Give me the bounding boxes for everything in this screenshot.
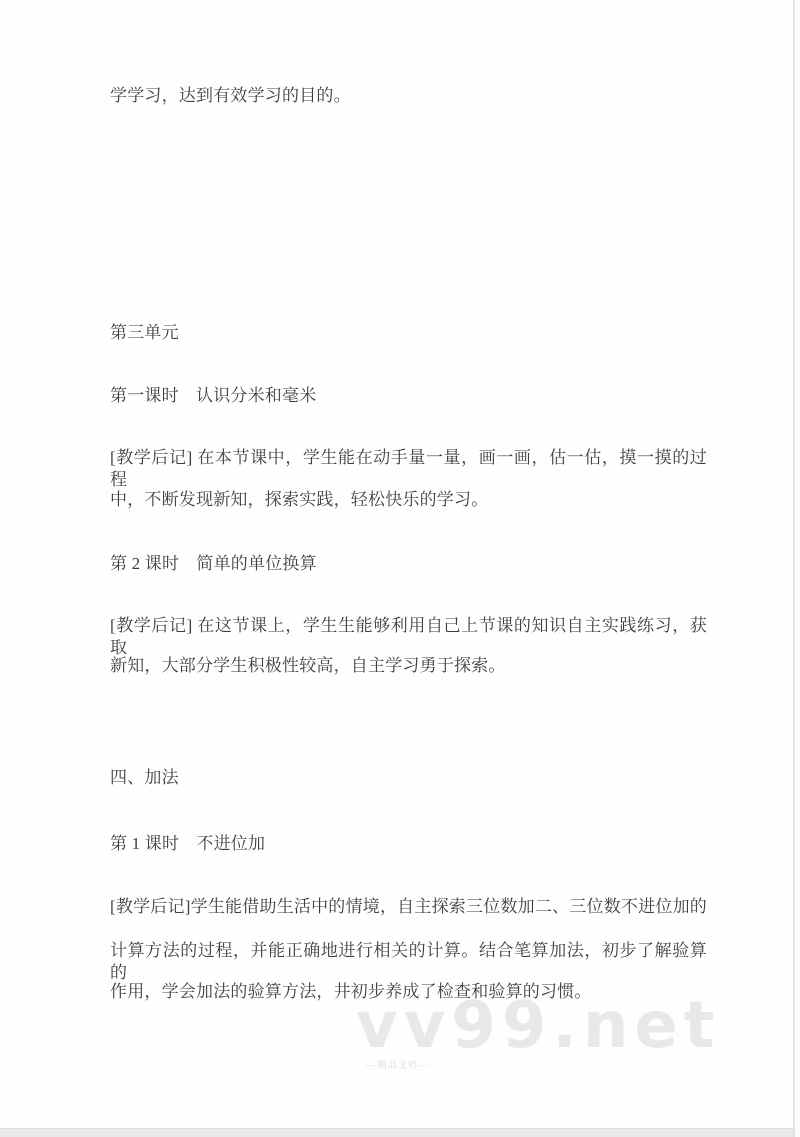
- watermark-text: vv99.net: [356, 993, 720, 1060]
- teaching-notes-line: 中，不断发现新知，探索实践，轻松快乐的学习。: [110, 489, 707, 511]
- document-page: 学学习，达到有效学习的目的。 第三单元 第一课时 认识分米和毫米 [教学后记] …: [0, 0, 796, 1128]
- heading-section-four-addition: 四、加法: [110, 767, 707, 789]
- heading-lesson-2: 第 2 课时 简单的单位换算: [110, 553, 707, 575]
- page-bottom-gap: [0, 1128, 796, 1137]
- teaching-notes-line: 新知，大部分学生积极性较高，自主学习勇于探索。: [110, 655, 707, 677]
- scrollbar-track[interactable]: [793, 0, 800, 1137]
- teaching-notes-line: [教学后记] 在本节课中，学生能在动手量一量，画一画，估一估，摸一摸的过程: [110, 447, 707, 491]
- teaching-notes-line: [教学后记]学生能借助生活中的情境，自主探索三位数加二、三位数不进位加的: [110, 896, 707, 918]
- teaching-notes-line: 计算方法的过程，并能正确地进行相关的计算。结合笔算加法，初步了解验算的: [110, 940, 707, 984]
- heading-unit-three: 第三单元: [110, 322, 707, 344]
- heading-lesson-one-unit3: 第一课时 认识分米和毫米: [110, 385, 707, 407]
- heading-lesson-1-addition: 第 1 课时 不进位加: [110, 833, 707, 855]
- document-viewer: { "page": { "lines": [ { "text": "学学习，达到…: [0, 0, 800, 1137]
- teaching-notes-line: [教学后记] 在这节课上，学生生能够利用自己上节课的知识自主实践练习，获取: [110, 615, 707, 659]
- paragraph-tail-line: 学学习，达到有效学习的目的。: [110, 85, 707, 107]
- footer-note: ---精品文档---: [366, 1059, 430, 1071]
